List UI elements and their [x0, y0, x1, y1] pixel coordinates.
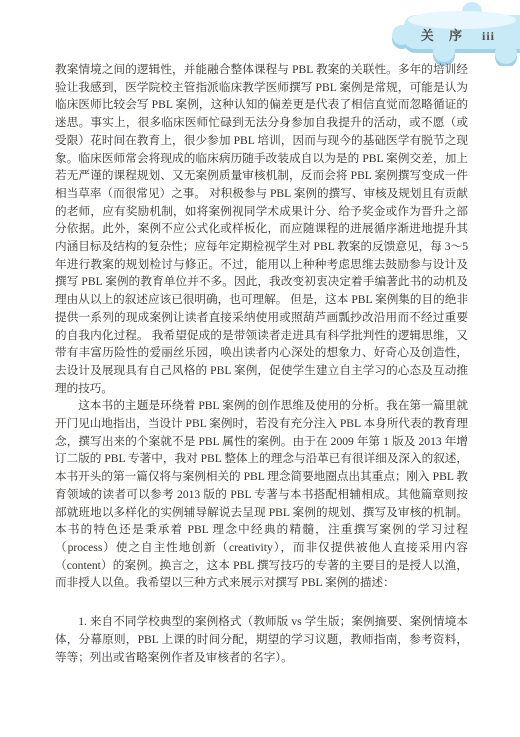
running-head: 关 序 iii [421, 25, 495, 44]
section-title: 关 序 [421, 25, 468, 44]
book-page: 关 序 iii 教案情境之间的逻辑性，并能融合整体课程与 PBL 教案的关联性。… [0, 0, 520, 737]
body-paragraph: 这本书的主题是环绕着 PBL 案例的创作思维及使用的分析。我在第一篇里就开门见山… [55, 397, 468, 592]
page-number: iii [482, 29, 495, 44]
page-content: 教案情境之间的逻辑性，并能融合整体课程与 PBL 教案的关联性。多年的培训经验让… [55, 61, 468, 666]
body-paragraph: 教案情境之间的逻辑性，并能融合整体课程与 PBL 教案的关联性。多年的培训经验让… [55, 61, 468, 397]
body-paragraph: 1. 来自不同学校典型的案例格式（教师版 vs 学生版；案例摘要、案例情境本体，… [55, 613, 468, 666]
